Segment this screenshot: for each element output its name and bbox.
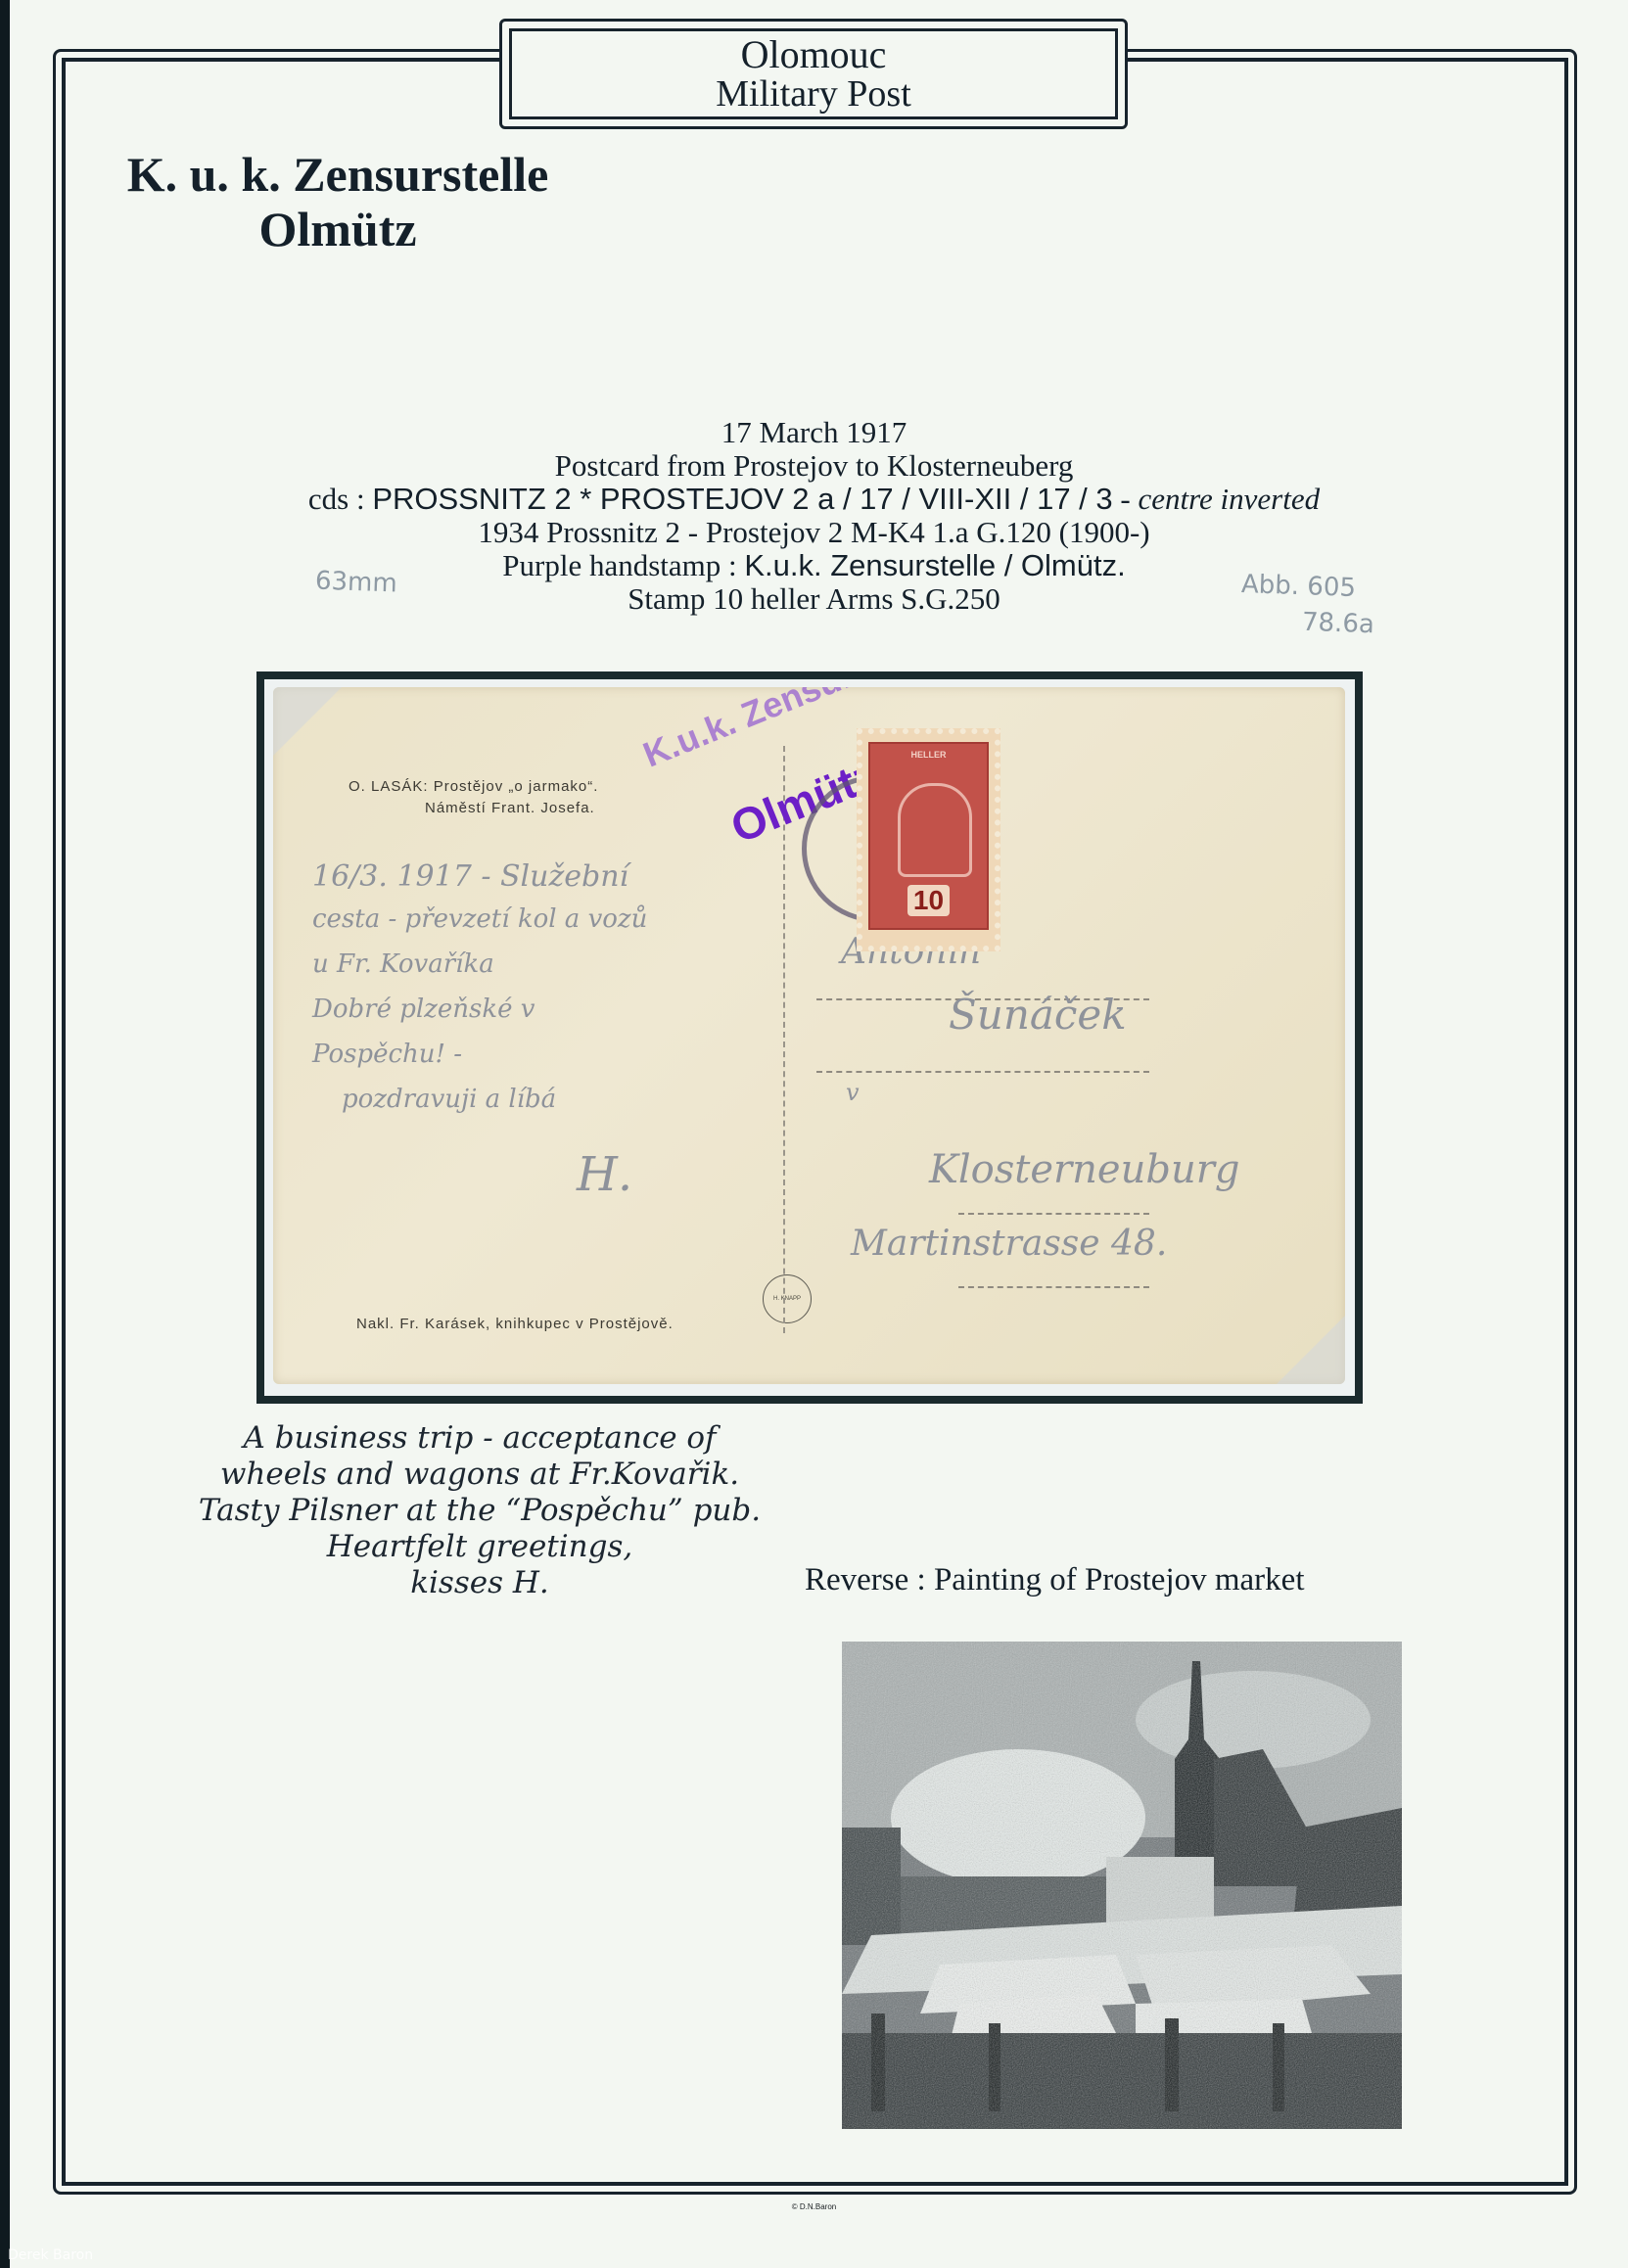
item-catalog: 1934 Prossnitz 2 - Prostejov 2 M-K4 1.a … (0, 516, 1628, 549)
message-line: cesta - převzetí kol a vozů (312, 904, 647, 934)
item-stamp: Stamp 10 heller Arms S.G.250 (0, 582, 1628, 616)
section-heading-line2: Olmütz (117, 202, 558, 256)
section-heading: K. u. k. Zensurstelle Olmütz (117, 147, 558, 256)
scan-edge (0, 0, 10, 2268)
page-title-inner: Olomouc Military Post (509, 28, 1118, 119)
pencil-note-size: 63mm (315, 567, 398, 599)
message-line: Pospěchu! - (312, 1040, 462, 1069)
stamp-design: HELLER 10 (868, 742, 989, 930)
translation-line: A business trip - acceptance of (137, 1420, 822, 1457)
handstamp-value: K.u.k. Zensurstelle / Olmütz. (744, 548, 1125, 582)
item-route: Postcard from Prostejov to Klosterneuber… (0, 449, 1628, 483)
message-signature: H. (577, 1147, 632, 1202)
publisher-title: O. LASÁK: Prostějov „o jarmako“. (349, 778, 598, 795)
page-title-box: Olomouc Military Post (499, 19, 1128, 129)
cds-value: PROSSNITZ 2 * PROSTEJOV 2 a / 17 / VIII-… (372, 482, 1112, 516)
watermark: Derek Baron (8, 2247, 93, 2263)
reverse-market-painting (842, 1642, 1402, 2129)
address-line (958, 1286, 1149, 1288)
handstamp-label: Purple handstamp : (502, 548, 744, 582)
publisher-subtitle: Náměstí Frant. Josefa. (425, 800, 595, 816)
message-line: Dobré plzeňské v (312, 995, 535, 1024)
item-cds: cds : PROSSNITZ 2 * PROSTEJOV 2 a / 17 /… (0, 483, 1628, 516)
translation-line: Tasty Pilsner at the “Pospěchu” pub. (137, 1493, 822, 1529)
publisher-footer: Nakl. Fr. Karásek, knihkupec v Prostějov… (356, 1316, 674, 1332)
cds-label: cds : (308, 482, 372, 516)
page-title: Olomouc (741, 35, 887, 74)
message-translation: A business trip - acceptance of wheels a… (137, 1420, 822, 1601)
reverse-caption: Reverse : Painting of Prostejov market (805, 1562, 1305, 1598)
page-subtitle: Military Post (716, 74, 911, 114)
stamp-inscription: HELLER (870, 750, 987, 760)
address-surname: Šunáček (949, 991, 1127, 1039)
printer-mark-name: H. KNAPP (773, 1296, 801, 1302)
translation-line: wheels and wagons at Fr.Kovařik. (137, 1457, 822, 1493)
item-date: 17 March 1917 (0, 416, 1628, 449)
translation-line: Heartfelt greetings, (137, 1529, 822, 1565)
photo-corner-top-left (273, 687, 342, 756)
message-line: pozdravuji a líbá (342, 1085, 556, 1114)
item-handstamp: Purple handstamp : K.u.k. Zensurstelle /… (0, 549, 1628, 582)
cds-note: - centre inverted (1113, 482, 1320, 516)
pencil-note-ref1: Abb. 605 (1241, 570, 1357, 603)
postage-stamp: HELLER 10 (857, 728, 1000, 951)
address-town: Klosterneuburg (929, 1147, 1239, 1192)
postcard-front: O. LASÁK: Prostějov „o jarmako“. Náměstí… (273, 687, 1345, 1384)
message-line: u Fr. Kovaříka (312, 949, 494, 979)
section-heading-line1: K. u. k. Zensurstelle (117, 147, 558, 202)
address-line (958, 1213, 1149, 1215)
photo-corner-bottom-right (1277, 1316, 1345, 1384)
copyright-notice: © D.N.Baron (0, 2202, 1628, 2211)
address-line (816, 1071, 1149, 1073)
address-street: Martinstrasse 48. (851, 1224, 1167, 1264)
pencil-note-ref2: 78.6a (1301, 608, 1374, 640)
market-painting-image (842, 1642, 1402, 2129)
printer-mark: H. KNAPP (763, 1274, 812, 1323)
stamp-value: 10 (907, 885, 950, 916)
translation-line: kisses H. (137, 1565, 822, 1601)
address-v: v (846, 1079, 860, 1106)
message-line: 16/3. 1917 - Služební (312, 859, 628, 894)
item-description: 17 March 1917 Postcard from Prostejov to… (0, 416, 1628, 616)
crown-icon (898, 783, 972, 877)
